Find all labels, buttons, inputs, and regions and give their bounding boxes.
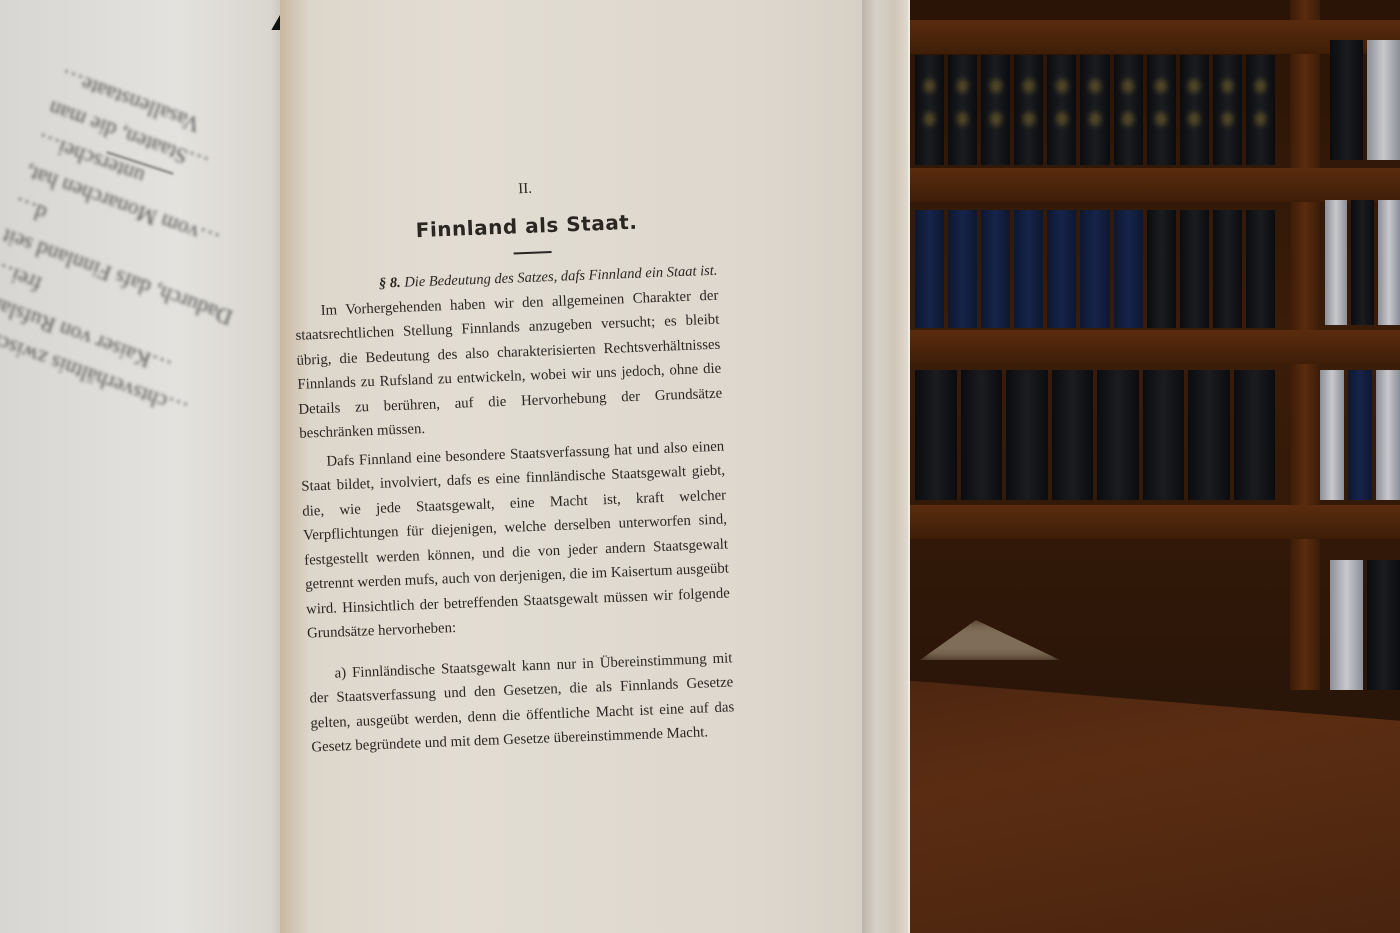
book-spine <box>1320 370 1344 500</box>
book-spine <box>1213 210 1242 328</box>
book-spine <box>1147 55 1176 165</box>
paragraph: Im Vorhergehenden haben wir den allgemei… <box>294 283 729 446</box>
section-number: § 8. <box>379 274 401 291</box>
book-spine <box>1246 210 1275 328</box>
book-spine <box>981 55 1010 165</box>
shelf-board <box>880 20 1400 54</box>
page-edge <box>862 0 910 933</box>
shelf-board <box>880 330 1400 364</box>
book-spine <box>1351 200 1373 325</box>
book-spine <box>1367 40 1400 160</box>
book-spine <box>1213 55 1242 165</box>
book-spine <box>948 55 977 165</box>
left-page-text: …chtsverhältnis zwisch… …Kaiser von Rufs… <box>0 59 295 432</box>
book-row-right <box>1330 560 1400 690</box>
book-spine <box>1080 55 1109 165</box>
book-spine <box>1348 370 1372 500</box>
book-row-top <box>915 55 1275 165</box>
book-spine <box>1234 370 1276 500</box>
book-spine <box>1114 210 1143 328</box>
shelf-board <box>880 168 1400 202</box>
book-spine <box>915 210 944 328</box>
book-spine <box>1047 210 1076 328</box>
chapter-title: Finnland als Staat. <box>331 206 722 245</box>
book-spine <box>1330 560 1363 690</box>
book-spine <box>1180 55 1209 165</box>
right-page-content: II. Finnland als Staat. § 8. Die Bedeutu… <box>290 173 742 764</box>
book-row-right <box>1330 40 1400 160</box>
book-spine <box>1114 55 1143 165</box>
book-spine <box>1376 370 1400 500</box>
title-rule <box>514 251 552 254</box>
book-spine <box>1325 200 1347 325</box>
book-spine <box>1097 370 1139 500</box>
book-spine <box>961 370 1003 500</box>
paragraph-item-a: a) Finnländische Staatsgewalt kann nur i… <box>308 646 741 760</box>
left-page: …chtsverhältnis zwisch… …Kaiser von Rufs… <box>0 0 295 933</box>
book-spine <box>1180 210 1209 328</box>
book-spine <box>948 210 977 328</box>
book-spine <box>1246 55 1275 165</box>
book-spine <box>1014 210 1043 328</box>
book-spine <box>1147 210 1176 328</box>
book-spine <box>981 210 1010 328</box>
book-spine <box>1143 370 1185 500</box>
paragraph: Dafs Finnland eine besondere Staatsverfa… <box>300 434 737 646</box>
book-spine <box>915 55 944 165</box>
book-spine <box>1047 55 1076 165</box>
book-spine <box>1014 55 1043 165</box>
wooden-table <box>880 650 1400 933</box>
book-spine <box>1367 560 1400 690</box>
book-spine <box>1080 210 1109 328</box>
book-row-right <box>1325 200 1400 325</box>
book-spine <box>1330 40 1363 160</box>
book-row-right <box>1320 370 1400 500</box>
photo-scene: …chtsverhältnis zwisch… …Kaiser von Rufs… <box>0 0 1400 933</box>
book-spine <box>1188 370 1230 500</box>
book-spine <box>915 370 957 500</box>
shelf-board <box>880 505 1400 539</box>
book-spine <box>1052 370 1094 500</box>
book-row-lower <box>915 370 1275 500</box>
book-spine <box>1378 200 1400 325</box>
book-spine <box>1006 370 1048 500</box>
book-row-middle <box>915 210 1275 328</box>
